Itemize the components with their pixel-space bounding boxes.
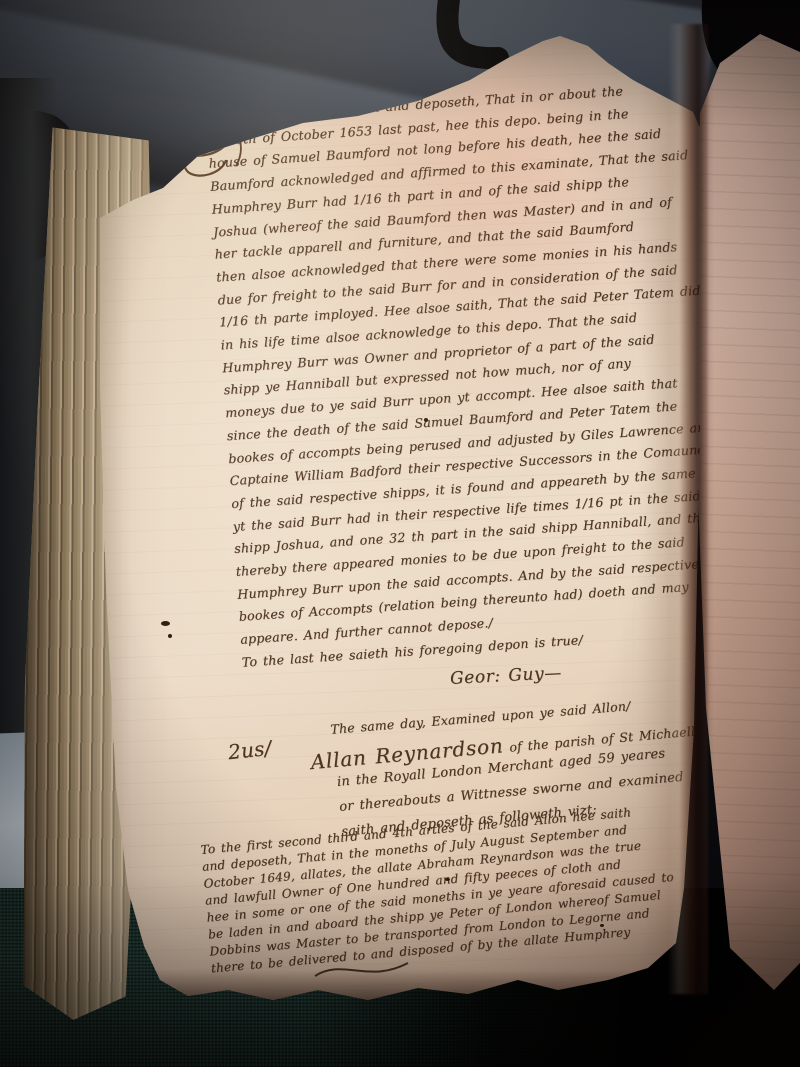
ink-speck (168, 634, 172, 638)
ink-speck (161, 621, 170, 626)
deponent-signature: Geor: Guy— (450, 663, 563, 689)
manuscript-page: To the 6th artle hee saith and deposeth,… (88, 28, 700, 1018)
closing-flourish (313, 958, 413, 984)
deposition-block-1: To the 6th artle hee saith and deposeth,… (205, 76, 728, 675)
ink-speck (424, 418, 428, 422)
ink-speck (445, 878, 450, 881)
deposition-block-2: To the first second third and 4th artles… (200, 801, 679, 977)
manuscript-photo: To the 6th artle hee saith and deposeth,… (0, 0, 800, 1067)
ink-speck (600, 924, 604, 927)
margin-note: 2us/ (227, 736, 273, 764)
